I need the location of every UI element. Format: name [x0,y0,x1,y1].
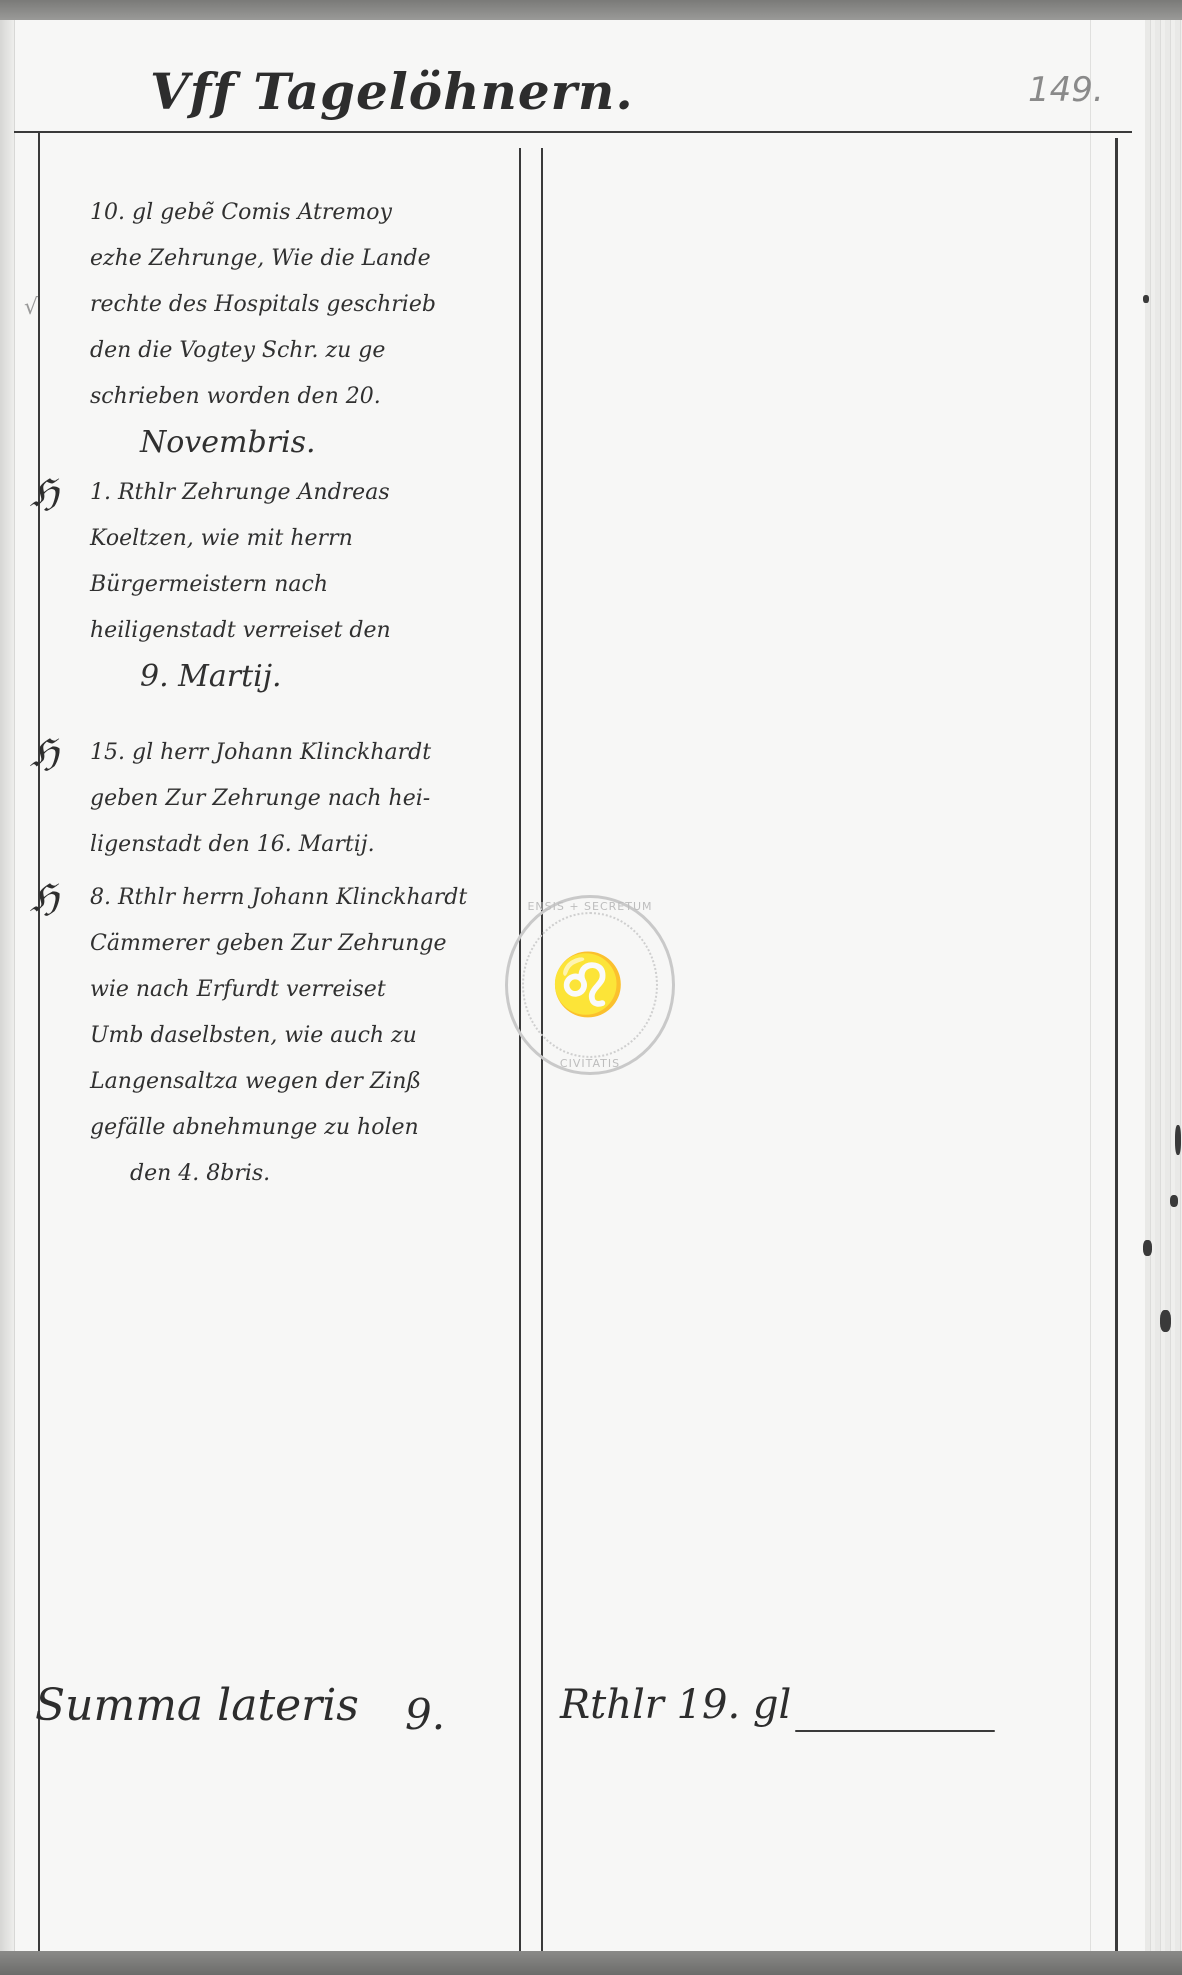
scan-left-edge [0,20,14,1951]
page-stack-edge [1145,20,1182,1951]
entry-line: geben Zur Zehrunge nach hei- [40,776,510,822]
ink-spot [1160,1310,1171,1332]
entry-line: rechte des Hospitals geschrieb [40,282,510,328]
header-rule [14,131,1132,133]
scan-top-edge [0,0,1182,20]
page-fold-line [14,20,15,1951]
ink-spot [1175,1125,1181,1155]
check-mark-icon: √ [24,295,38,320]
ledger-entry: ℌ 1. Rthlr Zehrunge Andreas Koeltzen, wi… [40,470,510,700]
entry-marker-icon: ℌ [30,730,59,776]
entry-line: ligenstadt den 16. Martij. [40,822,510,868]
entry-line: wie nach Erfurdt verreiset [40,967,510,1013]
entry-date: den 4. 8bris. [40,1151,510,1197]
entry-line: Koeltzen, wie mit herrn [40,516,510,562]
summa-value-first: 9. [405,1690,445,1739]
entry-line: Cämmerer geben Zur Zehrunge [40,921,510,967]
entry-line: 10. gl gebẽ Comis Atremoy [40,190,510,236]
page-heading: Vff Tagelöhnern. [150,62,634,121]
scan-bottom-edge [0,1951,1182,1975]
entry-line: den die Vogtey Schr. zu ge [40,328,510,374]
entry-date: Novembris. [40,420,510,466]
right-margin-rule [1115,138,1118,1951]
entry-line: schrieben worden den 20. [40,374,510,420]
ink-spot [1143,1240,1152,1256]
entry-line: ezhe Zehrunge, Wie die Lande [40,236,510,282]
page-fold-line-right [1090,20,1091,1951]
entry-date: 9. Martij. [40,654,510,700]
entry-marker-icon: ℌ [30,470,59,516]
summa-label: Summa lateris [35,1680,359,1731]
ledger-entry: ℌ 15. gl herr Johann Klinckhardt geben Z… [40,730,510,868]
lion-emblem-icon: ♌ [548,943,628,1028]
ledger-entry: ℌ 8. Rthlr herrn Johann Klinckhardt Cämm… [40,875,510,1197]
ink-spot [1170,1195,1178,1207]
summa-value-second: Rthlr 19. gl [560,1682,791,1728]
ledger-entry: 10. gl gebẽ Comis Atremoy ezhe Zehrunge,… [40,190,510,466]
folio-number: 149. [1028,70,1104,110]
entry-line: 1. Rthlr Zehrunge Andreas [40,470,510,516]
column-divider-left [519,148,521,1951]
ink-spot [1143,295,1149,303]
entry-line: 15. gl herr Johann Klinckhardt [40,730,510,776]
entry-line: Umb daselbsten, wie auch zu [40,1013,510,1059]
entry-marker-icon: ℌ [30,875,59,921]
seal-inscription-bottom: CIVITATIS [508,1057,672,1070]
entry-line: 8. Rthlr herrn Johann Klinckhardt [40,875,510,921]
city-seal-stamp: ENSIS + SECRETUM ♌ CIVITATIS [505,895,675,1075]
entry-line: gefälle abnehmunge zu holen [40,1105,510,1151]
entry-line: heiligenstadt verreiset den [40,608,510,654]
entry-line: Langensaltza wegen der Zinß [40,1059,510,1105]
entry-line: Bürgermeistern nach [40,562,510,608]
summa-flourish [795,1730,995,1732]
seal-inscription-top: ENSIS + SECRETUM [508,900,672,913]
